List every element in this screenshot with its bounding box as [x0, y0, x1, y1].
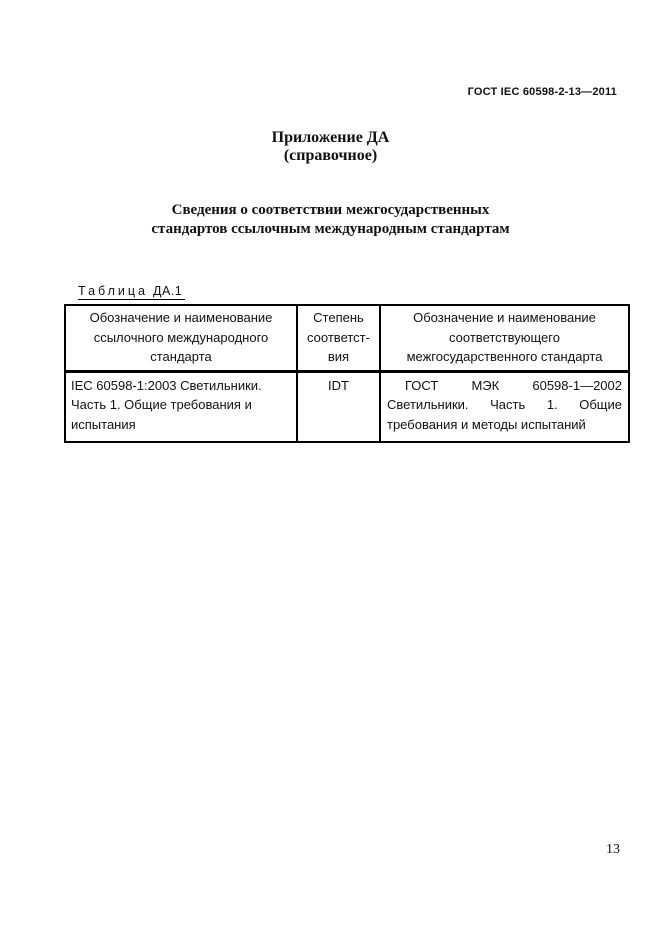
document-page: ГОСТ IEC 60598-2-13—2011 Приложение ДА (… [0, 0, 661, 936]
header-cell-degree-of-correspondence: Степень соответст- вия [297, 305, 380, 371]
correspondence-table: Обозначение и наименование ссылочного ме… [64, 304, 630, 443]
corresponding-standard-line-2: Светильники. Часть 1. Общие [387, 395, 622, 415]
table-caption-number: ДА.1 [153, 284, 182, 298]
table-row: IEC 60598-1:2003 Светильники. Часть 1. О… [65, 371, 629, 442]
appendix-title: Приложение ДА [0, 129, 661, 147]
appendix-subtitle: (справочное) [0, 147, 661, 165]
header-cell-corresponding-standard: Обозначение и наименование соответствующ… [380, 305, 629, 371]
cell-corresponding-standard: ГОСТ МЭК 60598-1—2002 Светильники. Часть… [380, 371, 629, 442]
section-heading-line-2: стандартов ссылочным международным станд… [0, 220, 661, 239]
section-heading: Сведения о соответствии межгосударственн… [0, 201, 661, 239]
appendix-title-block: Приложение ДА (справочное) [0, 129, 661, 165]
page-number: 13 [606, 843, 620, 857]
document-code-header: ГОСТ IEC 60598-2-13—2011 [468, 86, 617, 99]
table-caption-word: Таблица [78, 284, 148, 298]
cell-degree-of-correspondence: IDT [297, 371, 380, 442]
corresponding-standard-line-1: ГОСТ МЭК 60598-1—2002 [387, 376, 622, 396]
corresponding-standard-line-3: требования и методы испытаний [387, 415, 622, 435]
table-caption: ТаблицаДА.1 [78, 284, 185, 300]
section-heading-line-1: Сведения о соответствии межгосударственн… [0, 201, 661, 220]
cell-reference-standard: IEC 60598-1:2003 Светильники. Часть 1. О… [65, 371, 297, 442]
table-header-row: Обозначение и наименование ссылочного ме… [65, 305, 629, 371]
header-cell-reference-standard: Обозначение и наименование ссылочного ме… [65, 305, 297, 371]
